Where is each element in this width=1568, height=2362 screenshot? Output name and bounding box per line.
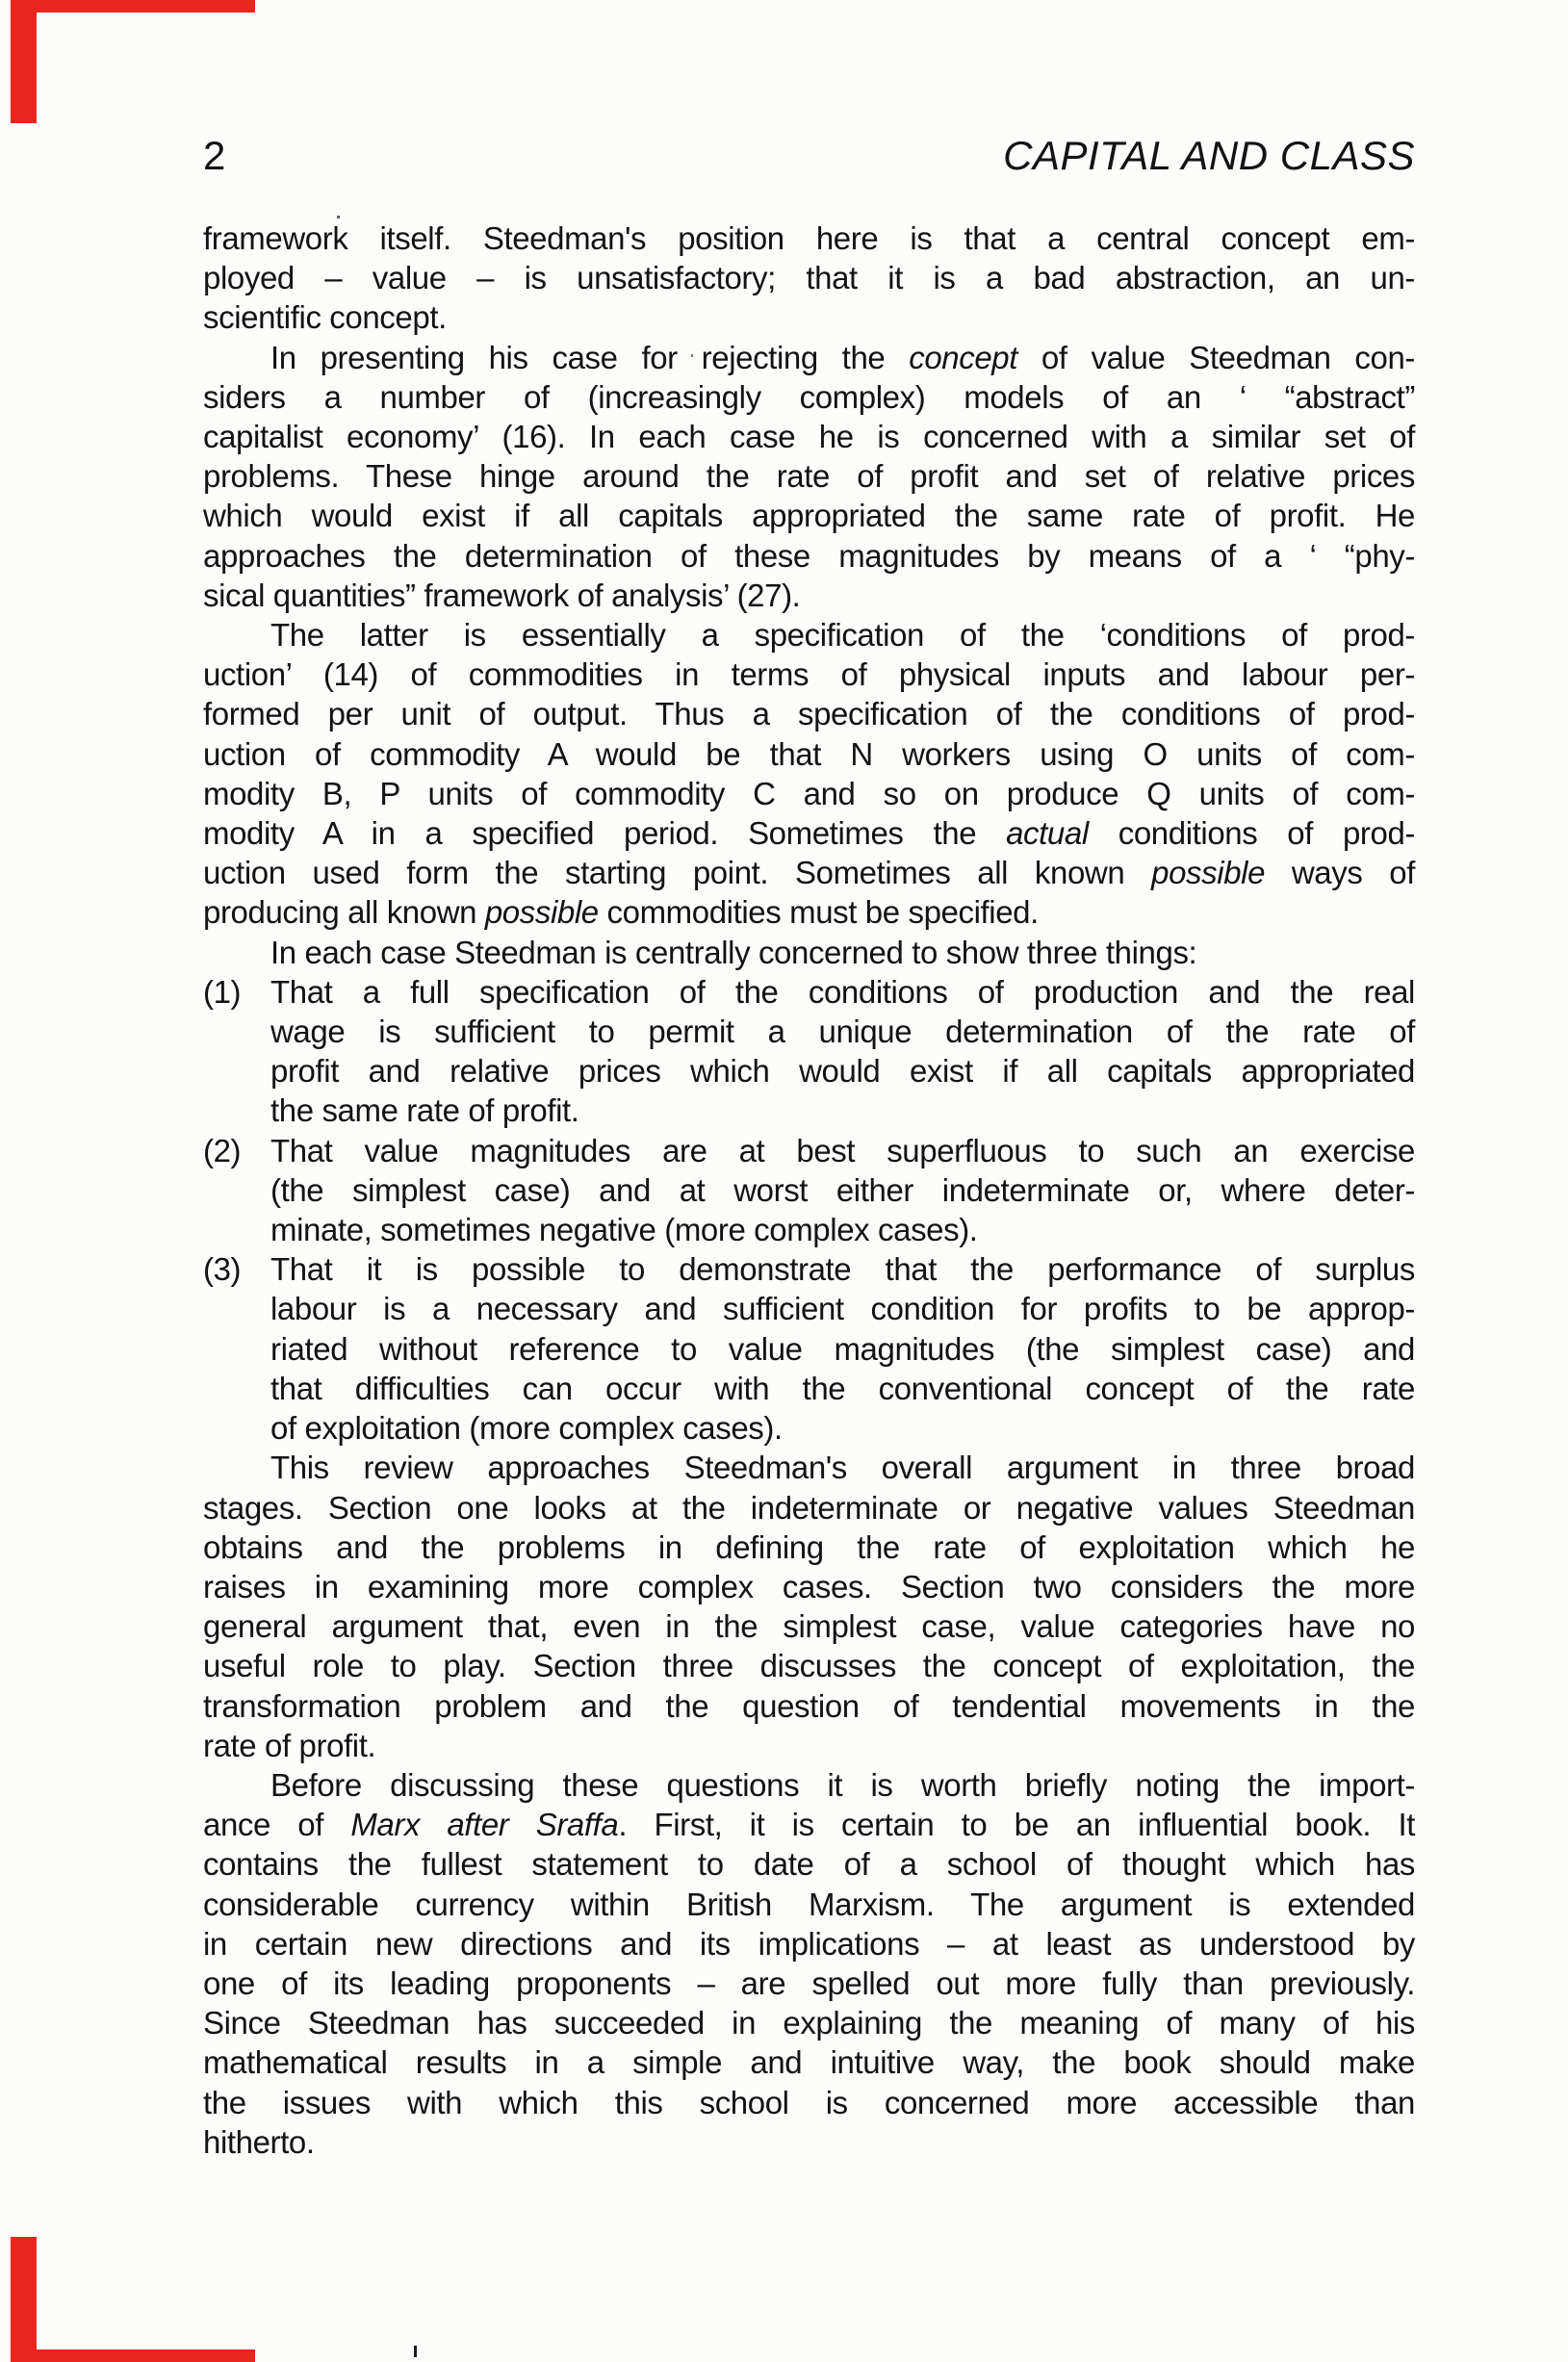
text-line: riated without reference to value magnit… [270, 1329, 1415, 1369]
list-number: (2) [203, 1131, 241, 1170]
text-line: producing all known possible commodities… [203, 892, 1415, 932]
text-line: In each case Steedman is centrally conce… [203, 933, 1415, 972]
paragraph: In each case Steedman is centrally conce… [203, 933, 1415, 972]
text-line: obtains and the problems in defining the… [203, 1528, 1415, 1567]
text-line: formed per unit of output. Thus a specif… [203, 694, 1415, 733]
text-line: framework itself. Steedman's position he… [203, 218, 1415, 258]
text-line: of exploitation (more complex cases). [270, 1408, 1415, 1448]
text-line: rate of profit. [203, 1726, 1415, 1765]
text-line: That value magnitudes are at best superf… [270, 1131, 1415, 1170]
text-line: modity A in a specified period. Sometime… [203, 813, 1415, 853]
text-line: uction’ (14) of commodities in terms of … [203, 655, 1415, 694]
scan-mark-top-edge [11, 0, 255, 13]
text-line: (the simplest case) and at worst either … [270, 1170, 1415, 1210]
journal-title: CAPITAL AND CLASS [1003, 136, 1415, 176]
page-header: 2 CAPITAL AND CLASS [203, 136, 1415, 176]
text-line: ployed – value – is unsatisfactory; that… [203, 258, 1415, 297]
text-line: that difficulties can occur with the con… [270, 1369, 1415, 1408]
scan-speck [691, 354, 693, 357]
text-line: That it is possible to demonstrate that … [270, 1249, 1415, 1289]
list-item: (3)That it is possible to demonstrate th… [203, 1249, 1415, 1448]
text-line: This review approaches Steedman's overal… [203, 1448, 1415, 1487]
paragraph: Before discussing these questions it is … [203, 1765, 1415, 2162]
text-line: Since Steedman has succeeded in explaini… [203, 2003, 1415, 2042]
text-line: siders a number of (increasingly complex… [203, 377, 1415, 417]
paragraph: This review approaches Steedman's overal… [203, 1448, 1415, 1765]
scan-mark-bottom-edge [11, 2349, 255, 2362]
text-line: minate, sometimes negative (more complex… [270, 1210, 1415, 1249]
text-line: The latter is essentially a specificatio… [203, 615, 1415, 655]
scan-speck [337, 216, 340, 218]
text-line: the issues with which this school is con… [203, 2083, 1415, 2122]
body-text: framework itself. Steedman's position he… [203, 218, 1415, 2162]
list-number: (1) [203, 972, 241, 1012]
text-line: That a full specification of the conditi… [270, 972, 1415, 1012]
text-line: uction of commodity A would be that N wo… [203, 734, 1415, 774]
paragraph: The latter is essentially a specificatio… [203, 615, 1415, 933]
text-line: modity B, P units of commodity C and so … [203, 774, 1415, 813]
list-item: (1)That a full specification of the cond… [203, 972, 1415, 1131]
text-line: mathematical results in a simple and int… [203, 2042, 1415, 2082]
paragraph: In presenting his case for rejecting the… [203, 338, 1415, 615]
text-line: uction used form the starting point. Som… [203, 853, 1415, 892]
text-line: considerable currency within British Mar… [203, 1885, 1415, 1924]
text-line: In presenting his case for rejecting the… [203, 338, 1415, 377]
text-line: problems. These hinge around the rate of… [203, 456, 1415, 496]
text-line: profit and relative prices which would e… [270, 1051, 1415, 1091]
scan-mark-bottom-left-vertical [11, 2237, 37, 2362]
text-line: one of its leading proponents – are spel… [203, 1964, 1415, 2003]
text-line: stages. Section one looks at the indeter… [203, 1488, 1415, 1528]
text-line: capitalist economy’ (16). In each case h… [203, 417, 1415, 456]
text-line: ance of Marx after Sraffa. First, it is … [203, 1805, 1415, 1844]
text-line: transformation problem and the question … [203, 1686, 1415, 1726]
text-line: the same rate of profit. [270, 1091, 1415, 1130]
scanned-page: 2 CAPITAL AND CLASS framework itself. St… [0, 0, 1568, 2362]
text-line: scientific concept. [203, 297, 1415, 337]
text-line: approaches the determination of these ma… [203, 536, 1415, 576]
text-line: contains the fullest statement to date o… [203, 1844, 1415, 1884]
text-line: hitherto. [203, 2122, 1415, 2162]
page-number: 2 [203, 136, 225, 176]
text-line: wage is sufficient to permit a unique de… [270, 1012, 1415, 1051]
list-item: (2)That value magnitudes are at best sup… [203, 1131, 1415, 1250]
text-line: labour is a necessary and sufficient con… [270, 1289, 1415, 1328]
text-line: general argument that, even in the simpl… [203, 1606, 1415, 1646]
list-number: (3) [203, 1249, 241, 1289]
scan-speck [414, 2346, 417, 2357]
text-line: raises in examining more complex cases. … [203, 1567, 1415, 1606]
text-line: sical quantities” framework of analysis’… [203, 576, 1415, 615]
text-line: Before discussing these questions it is … [203, 1765, 1415, 1805]
text-line: which would exist if all capitals approp… [203, 496, 1415, 535]
text-line: useful role to play. Section three discu… [203, 1646, 1415, 1685]
text-line: in certain new directions and its implic… [203, 1924, 1415, 1964]
scan-mark-top-left-vertical [11, 0, 37, 123]
paragraph: framework itself. Steedman's position he… [203, 218, 1415, 338]
